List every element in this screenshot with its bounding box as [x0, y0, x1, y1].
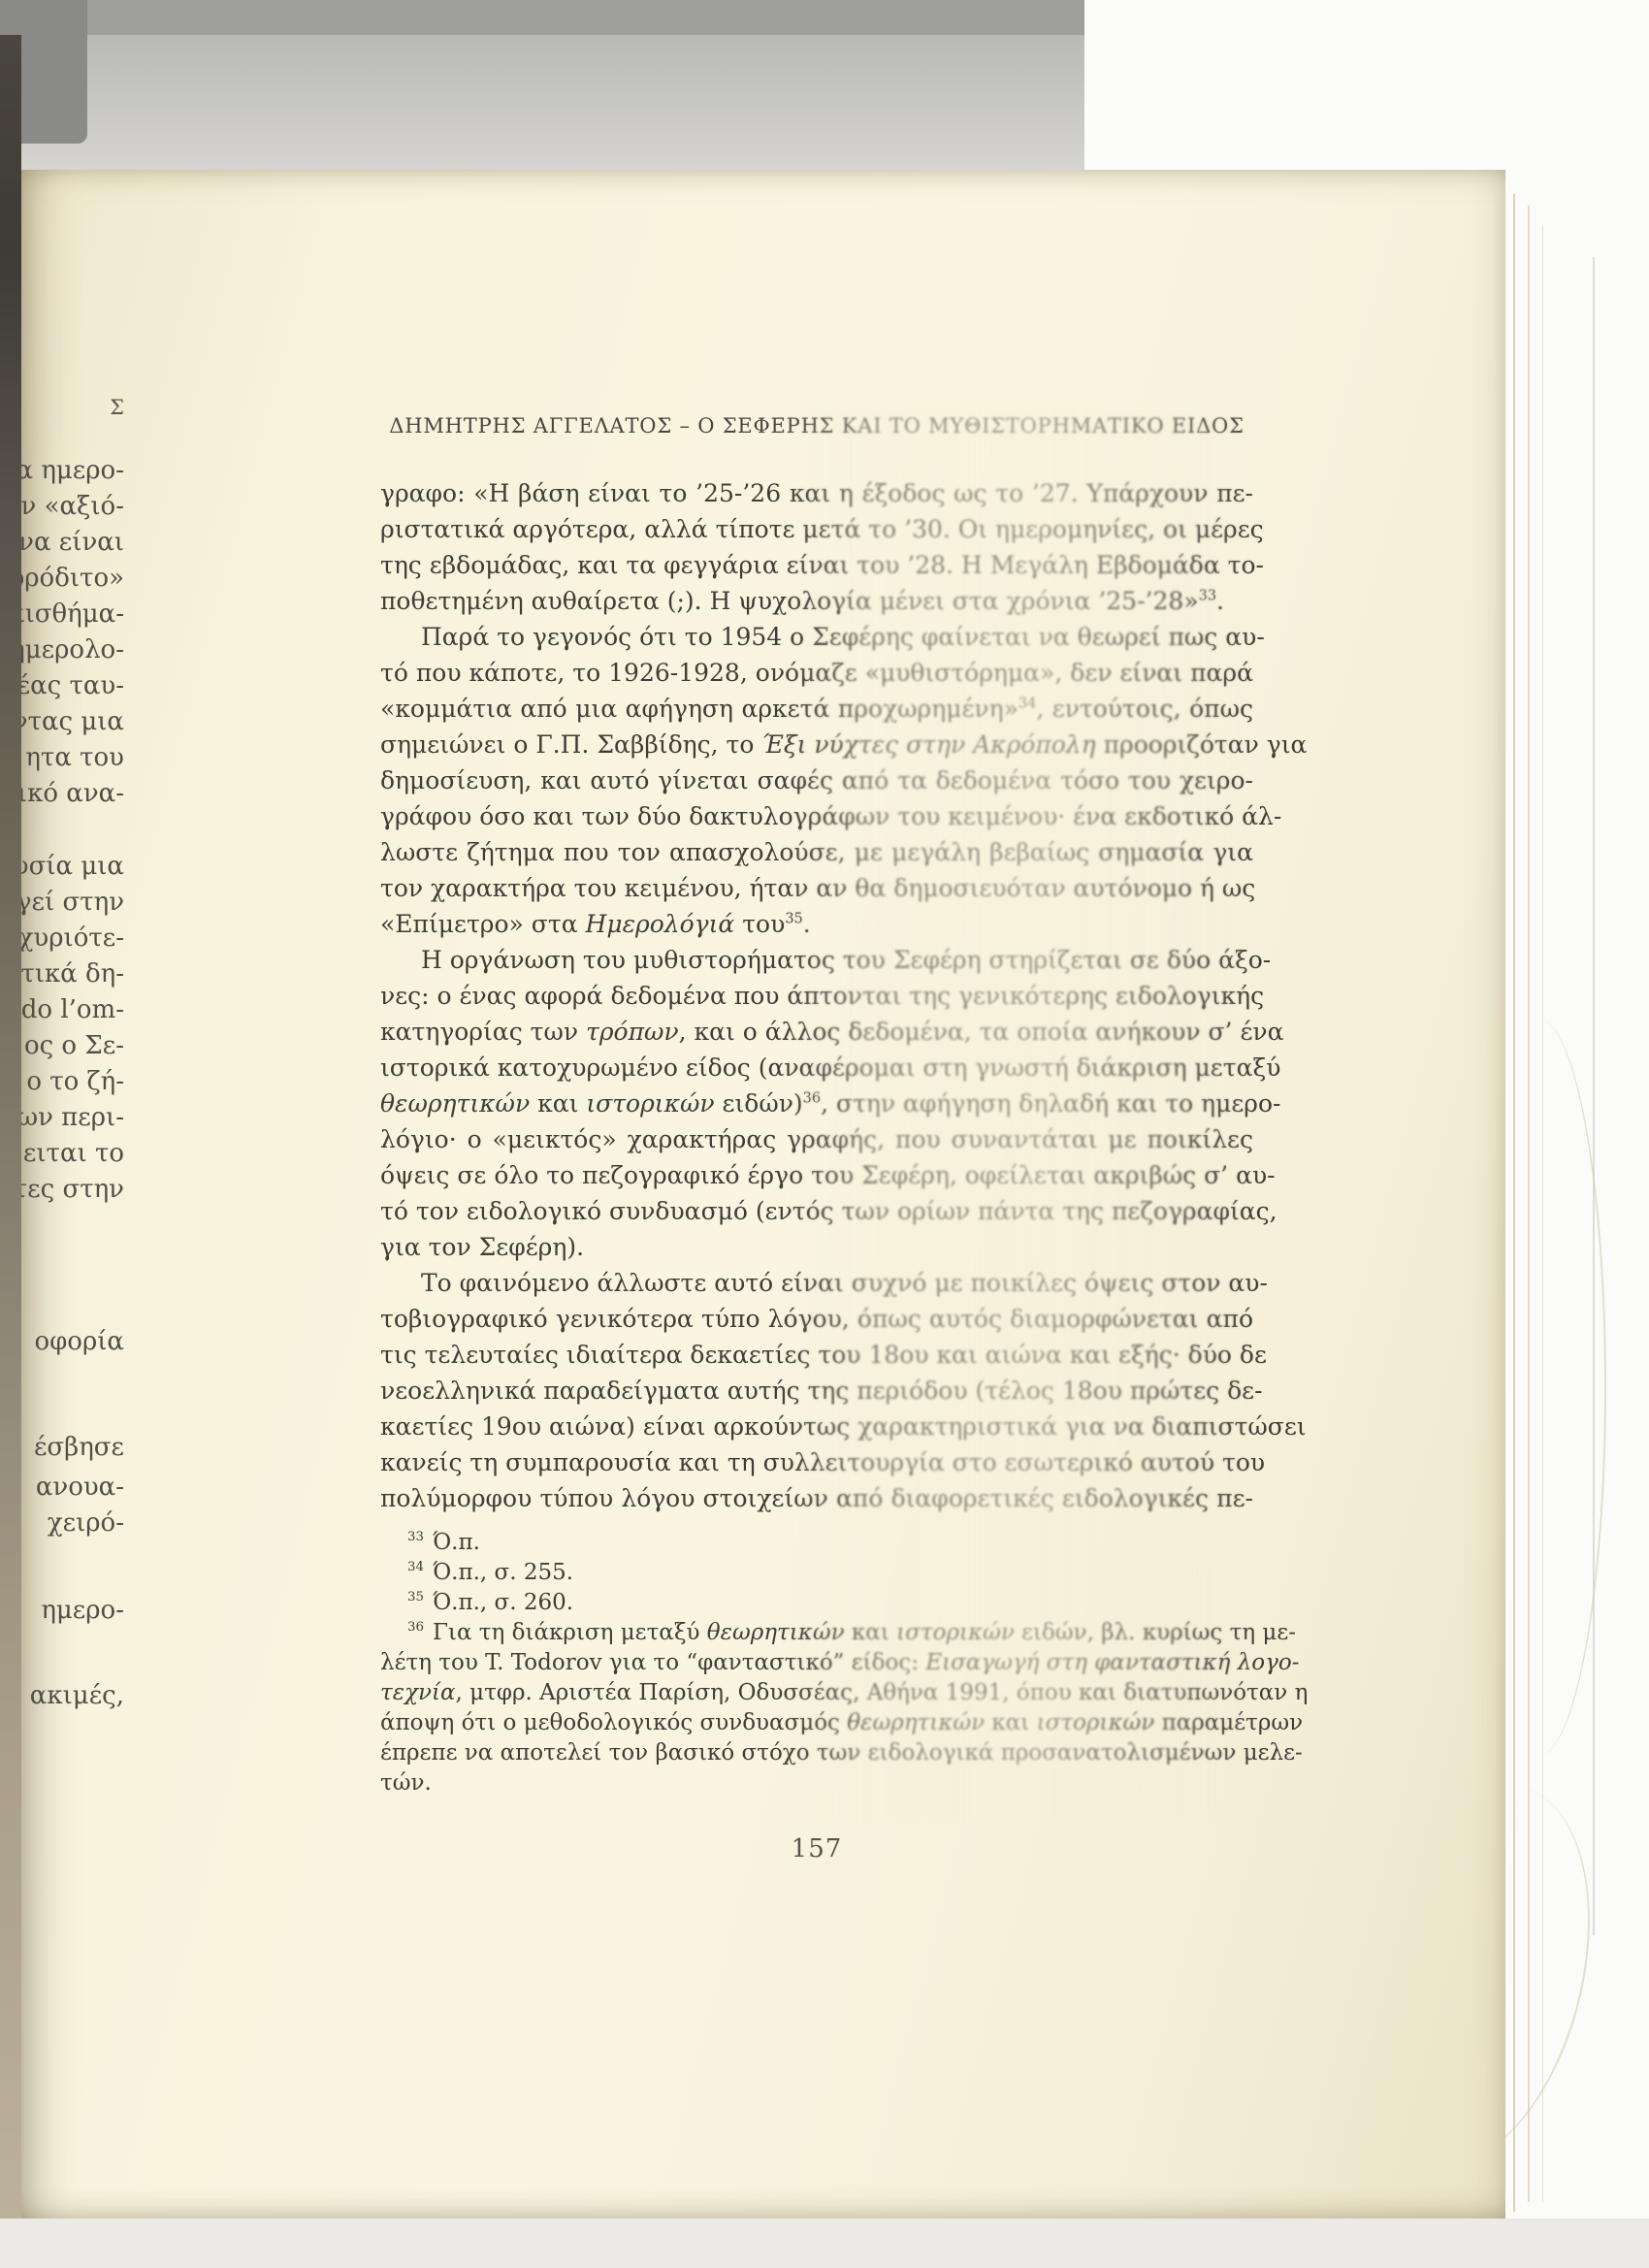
text-segment: τεχνία: [380, 1680, 456, 1705]
text-line: ιστορικά κατοχυρωμένο είδος (αναφέρομαι …: [380, 1050, 1253, 1085]
footnote: 34Ό.π., σ. 255.: [380, 1558, 1253, 1588]
margin-fragment: τικά δη-: [20, 959, 124, 988]
text-segment: ιστορικών: [896, 1620, 1015, 1645]
text-segment: Η οργάνωση του μυθιστορήματος του Σεφέρη…: [421, 946, 1271, 974]
text-segment: Ό.π.: [433, 1530, 480, 1555]
footnote: 36Για τη διάκριση μεταξύ θεωρητικών και …: [380, 1618, 1253, 1798]
footnote-line: άποψη ότι ο μεθοδολογικός συνδυασμός θεω…: [380, 1708, 1253, 1738]
footnote-section: 33Ό.π.34Ό.π., σ. 255.35Ό.π., σ. 260.36Γι…: [380, 1528, 1253, 1798]
text-line: λόγιο· ο «μεικτός» χαρακτήρας γραφής, πο…: [380, 1121, 1253, 1157]
text-segment: τό που κάποτε, το 1926-1928, ονόμαζε «μυ…: [380, 659, 1253, 687]
margin-fragments: Στα ημερο-ων «αξιό-α να είναιρρόδιτο»αισ…: [8, 170, 134, 2219]
text-segment: τών.: [380, 1770, 432, 1796]
text-line: της εβδομάδας, και τα φεγγάρια είναι του…: [380, 547, 1253, 583]
text-segment: , και ο άλλος δεδομένα, τα οποία ανήκουν…: [679, 1018, 1284, 1046]
text-segment: ιστορικών: [586, 1089, 714, 1118]
text-segment: ποθετημένη αυθαίρετα (;). Η ψυχολογία μέ…: [380, 587, 1199, 615]
text-line: Το φαινόμενο άλλωστε αυτό είναι συχνό με…: [380, 1265, 1253, 1301]
text-segment: θεωρητικών: [380, 1089, 530, 1118]
text-segment: «κομμάτια από μια αφήγηση αρκετά προχωρη…: [380, 695, 1018, 723]
footnote-ref: 34: [1018, 697, 1036, 712]
text-segment: γραφο: «Η βάση είναι το ’25-’26 και η έξ…: [380, 479, 1253, 507]
margin-fragment: ακιμές,: [30, 1681, 124, 1710]
text-segment: , μτφρ. Αριστέα Παρίση, Οδυσσέας, Αθήνα …: [456, 1680, 1309, 1705]
scanner-bottom-strip: [0, 2219, 1649, 2268]
margin-fragment: ων περι-: [17, 1103, 124, 1132]
text-segment: νεοελληνικά παραδείγματα αυτής της περιό…: [380, 1377, 1263, 1405]
margin-fragment: αισθήμα-: [8, 599, 124, 629]
text-line: τό που κάποτε, το 1926-1928, ονόμαζε «μυ…: [380, 655, 1253, 691]
text-segment: τό τον ειδολογικό συνδυασμό (εντός των ο…: [380, 1197, 1277, 1225]
text-segment: για τον Σεφέρη).: [380, 1233, 584, 1261]
text-segment: Ό.π., σ. 255.: [433, 1560, 573, 1585]
text-line: Η οργάνωση του μυθιστορήματος του Σεφέρη…: [380, 942, 1253, 978]
margin-fragment: τες στην: [14, 1175, 124, 1204]
text-segment: θεωρητικών: [707, 1620, 845, 1645]
text-line: «Επίμετρο» στα Ημερολόγιά του35.: [380, 906, 1253, 942]
margin-fragment: έσβησε: [34, 1433, 124, 1462]
paragraph: Παρά το γεγονός ότι το 1954 ο Σεφέρης φα…: [380, 619, 1253, 942]
text-line: τοβιογραφικό γενικότερα τύπο λόγου, όπως…: [380, 1301, 1253, 1337]
footnote-number: 35: [407, 1590, 424, 1604]
text-segment: τις τελευταίες ιδιαίτερα δεκαετίες του 1…: [380, 1341, 1267, 1369]
text-segment: ιστορικά κατοχυρωμένο είδος (αναφέρομαι …: [380, 1053, 1280, 1082]
text-segment: και: [845, 1620, 897, 1645]
margin-fragment: ειται το: [23, 1139, 124, 1168]
footnote-line: 33Ό.π.: [380, 1528, 1253, 1558]
text-segment: .: [1216, 587, 1224, 615]
margin-fragment: ητα του: [25, 743, 124, 772]
footnote-number: 36: [407, 1620, 424, 1635]
margin-fragment: χειρό-: [48, 1508, 124, 1538]
text-segment: πολύμορφου τύπου λόγου στοιχείων από δια…: [380, 1484, 1253, 1512]
page-stack-edge-line: [1593, 257, 1595, 1935]
text-line: ριστατικά αργότερα, αλλά τίποτε μετά το …: [380, 511, 1253, 547]
text-line: νες: ο ένας αφορά δεδομένα που άπτονται …: [380, 978, 1253, 1014]
text-segment: λόγιο· ο «μεικτός» χαρακτήρας γραφής, πο…: [380, 1125, 1253, 1153]
text-segment: Εισαγωγή στη φανταστική λογο-: [925, 1650, 1299, 1675]
scanner-top-margin: [0, 35, 1084, 170]
book-spine-shadow: [0, 35, 21, 2219]
text-segment: Για τη διάκριση μεταξύ: [433, 1620, 707, 1645]
text-segment: δημοσίευση, και αυτό γίνεται σαφές από τ…: [380, 766, 1253, 794]
text-segment: θεωρητικών: [847, 1710, 985, 1735]
text-segment: Το φαινόμενο άλλωστε αυτό είναι συχνό με…: [421, 1269, 1268, 1297]
text-line: θεωρητικών και ιστορικών ειδών)36, στην …: [380, 1085, 1253, 1121]
text-line: γραφο: «Η βάση είναι το ’25-’26 και η έξ…: [380, 475, 1253, 511]
margin-fragment: ος ο Σε-: [24, 1031, 124, 1060]
text-segment: νες: ο ένας αφορά δεδομένα που άπτονται …: [380, 982, 1264, 1010]
text-segment: όψεις σε όλο το πεζογραφικό έργο του Σεφ…: [380, 1161, 1276, 1189]
text-segment: Παρά το γεγονός ότι το 1954 ο Σεφέρης φα…: [421, 623, 1265, 651]
margin-fragment: ημερολο-: [10, 635, 124, 664]
margin-fragment: ανουα-: [36, 1473, 124, 1502]
text-segment: προοριζόταν για: [1096, 730, 1308, 759]
footnote-line: 36Για τη διάκριση μεταξύ θεωρητικών και …: [380, 1618, 1253, 1648]
margin-fragment: ημερο-: [41, 1596, 124, 1625]
text-segment: , εντούτοις, όπως: [1036, 695, 1253, 723]
scanner-top-right-area: [1084, 0, 1649, 170]
text-line: για τον Σεφέρη).: [380, 1229, 1253, 1265]
text-segment: κατηγορίας των: [380, 1018, 586, 1046]
book-page: Στα ημερο-ων «αξιό-α να είναιρρόδιτο»αισ…: [21, 170, 1505, 2219]
margin-fragment: Σ: [110, 393, 124, 422]
text-segment: κανείς τη συμπαρουσία και τη συλλειτουργ…: [380, 1448, 1265, 1476]
text-segment: σημειώνει ο Γ.Π. Σαββίδης, το: [380, 730, 761, 759]
text-line: νεοελληνικά παραδείγματα αυτής της περιό…: [380, 1373, 1253, 1409]
text-line: κατηγορίας των τρόπων, και ο άλλος δεδομ…: [380, 1014, 1253, 1050]
text-segment: γράφου όσο και των δύο δακτυλογράφων του…: [380, 802, 1281, 830]
footnote: 33Ό.π.: [380, 1528, 1253, 1558]
running-header: ΔΗΜΗΤΡΗΣ ΑΓΓΕΛΑΤΟΣ – Ο ΣΕΦΕΡΗΣ ΚΑΙ ΤΟ ΜΥ…: [380, 414, 1253, 437]
text-line: λωστε ζήτημα που τον απασχολούσε, με μεγ…: [380, 834, 1253, 870]
text-segment: τοβιογραφικό γενικότερα τύπο λόγου, όπως…: [380, 1305, 1253, 1333]
text-segment: ειδών, βλ. κυρίως τη με-: [1015, 1620, 1296, 1645]
margin-fragment: ο το ζή-: [26, 1067, 124, 1096]
text-line: γράφου όσο και των δύο δακτυλογράφων του…: [380, 798, 1253, 834]
margin-fragment: γεί στην: [16, 888, 124, 917]
text-line: πολύμορφου τύπου λόγου στοιχείων από δια…: [380, 1480, 1253, 1516]
text-segment: παραμέτρων: [1154, 1710, 1303, 1735]
text-segment: λέτη του T. Todorov για το “φανταστικό” …: [380, 1650, 925, 1675]
text-line: τις τελευταίες ιδιαίτερα δεκαετίες του 1…: [380, 1337, 1253, 1373]
margin-fragment: ρρόδιτο»: [10, 564, 124, 593]
text-segment: λωστε ζήτημα που τον απασχολούσε, με μεγ…: [380, 838, 1253, 866]
text-line: σημειώνει ο Γ.Π. Σαββίδης, το Έξι νύχτες…: [380, 727, 1253, 762]
text-segment: και: [530, 1089, 586, 1118]
page-number: 157: [380, 1834, 1253, 1863]
footnote-number: 33: [407, 1530, 424, 1544]
text-segment: τρόπων: [586, 1018, 679, 1046]
text-segment: τον χαρακτήρα του κειμένου, ήταν αν θα δ…: [380, 874, 1255, 902]
text-segment: άποψη ότι ο μεθοδολογικός συνδυασμός: [380, 1710, 847, 1735]
footnote-line: τών.: [380, 1768, 1253, 1798]
margin-fragment: οφορία: [34, 1327, 124, 1356]
text-line: «κομμάτια από μια αφήγηση αρκετά προχωρη…: [380, 691, 1253, 727]
footnote-line: 34Ό.π., σ. 255.: [380, 1558, 1253, 1588]
margin-fragment: χυριότε-: [18, 923, 124, 953]
text-segment: και: [985, 1710, 1037, 1735]
text-segment: ειδών): [715, 1089, 803, 1118]
text-segment: καετίες 19ου αιώνα) είναι αρκούντως χαρα…: [380, 1412, 1307, 1441]
text-line: κανείς τη συμπαρουσία και τη συλλειτουργ…: [380, 1444, 1253, 1480]
margin-fragment: ικό ανα-: [17, 779, 124, 808]
paragraph: Το φαινόμενο άλλωστε αυτό είναι συχνό με…: [380, 1265, 1253, 1516]
text-segment: Έξι νύχτες στην Ακρόπολη: [761, 730, 1095, 759]
text-segment: Ό.π., σ. 260.: [433, 1590, 573, 1615]
footnote-line: 35Ό.π., σ. 260.: [380, 1588, 1253, 1618]
text-line: δημοσίευση, και αυτό γίνεται σαφές από τ…: [380, 762, 1253, 798]
text-segment: της εβδομάδας, και τα φεγγάρια είναι του…: [380, 551, 1264, 579]
text-segment: «Επίμετρο» στα: [380, 910, 586, 938]
text-line: ποθετημένη αυθαίρετα (;). Η ψυχολογία μέ…: [380, 583, 1253, 619]
footnote: 35Ό.π., σ. 260.: [380, 1588, 1253, 1618]
text-segment: , στην αφήγηση δηλαδή και το ημερο-: [821, 1089, 1280, 1118]
text-segment: ιστορικών: [1037, 1710, 1155, 1735]
text-line: Παρά το γεγονός ότι το 1954 ο Σεφέρης φα…: [380, 619, 1253, 655]
text-segment: έπρεπε να αποτελεί τον βασικό στόχο των …: [380, 1740, 1303, 1766]
text-line: τον χαρακτήρα του κειμένου, ήταν αν θα δ…: [380, 870, 1253, 906]
paragraph: Η οργάνωση του μυθιστορήματος του Σεφέρη…: [380, 942, 1253, 1265]
margin-fragment: υσία μια: [14, 852, 124, 881]
text-line: καετίες 19ου αιώνα) είναι αρκούντως χαρα…: [380, 1409, 1253, 1444]
footnote-line: έπρεπε να αποτελεί τον βασικό στόχο των …: [380, 1738, 1253, 1768]
footnote-line: λέτη του T. Todorov για το “φανταστικό” …: [380, 1648, 1253, 1678]
footnote-number: 34: [407, 1560, 424, 1574]
main-text: γραφο: «Η βάση είναι το ’25-’26 και η έξ…: [380, 475, 1253, 1516]
footnote-ref: 35: [785, 912, 802, 927]
margin-fragment: do l’om-: [21, 995, 124, 1024]
text-segment: του: [734, 910, 785, 938]
scanner-top-band: [0, 0, 1084, 35]
text-line: τό τον ειδολογικό συνδυασμό (εντός των ο…: [380, 1193, 1253, 1229]
page-content: Στα ημερο-ων «αξιό-α να είναιρρόδιτο»αισ…: [21, 170, 1505, 2219]
text-line: όψεις σε όλο το πεζογραφικό έργο του Σεφ…: [380, 1157, 1253, 1193]
footnote-ref: 36: [803, 1091, 821, 1107]
footnote-ref: 33: [1199, 589, 1216, 604]
paragraph: γραφο: «Η βάση είναι το ’25-’26 και η έξ…: [380, 475, 1253, 619]
margin-fragment: ντας μια: [13, 707, 124, 736]
text-segment: .: [803, 910, 811, 938]
text-segment: Ημερολόγιά: [586, 910, 735, 938]
text-segment: ριστατικά αργότερα, αλλά τίποτε μετά το …: [380, 515, 1264, 543]
footnote-line: τεχνία, μτφρ. Αριστέα Παρίση, Οδυσσέας, …: [380, 1678, 1253, 1708]
